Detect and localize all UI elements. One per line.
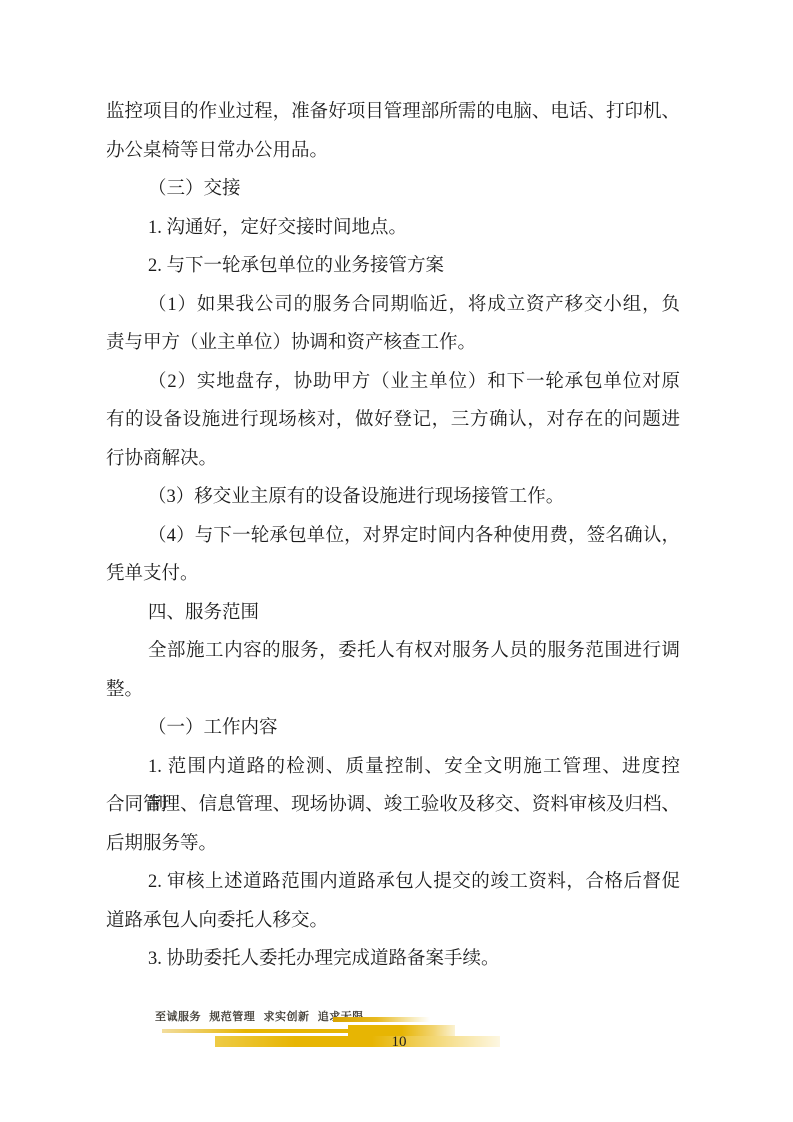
text-line: （1）如果我公司的服务合同期临近，将成立资产移交小组，负 xyxy=(106,286,680,325)
text-line: 监控项目的作业过程，准备好项目管理部所需的电脑、电话、打印机、 xyxy=(106,93,680,132)
page-number: 10 xyxy=(377,1034,421,1051)
document-page: 监控项目的作业过程，准备好项目管理部所需的电脑、电话、打印机、办公桌椅等日常办公… xyxy=(0,0,793,1122)
text-line: 行协商解决。 xyxy=(106,440,680,479)
text-line: 2. 审核上述道路范围内道路承包人提交的竣工资料，合格后督促 xyxy=(106,863,680,902)
text-line: 1. 沟通好，定好交接时间地点。 xyxy=(106,209,680,248)
text-line: （一）工作内容 xyxy=(106,709,680,748)
text-line: 后期服务等。 xyxy=(106,825,680,864)
text-line: （2）实地盘存，协助甲方（业主单位）和下一轮承包单位对原 xyxy=(106,363,680,402)
document-body: 监控项目的作业过程，准备好项目管理部所需的电脑、电话、打印机、办公桌椅等日常办公… xyxy=(106,93,680,979)
text-line: （4）与下一轮承包单位，对界定时间内各种使用费，签名确认， xyxy=(106,517,680,556)
text-line: 合同管理、信息管理、现场协调、竣工验收及移交、资料审核及归档、 xyxy=(106,786,680,825)
text-line: 凭单支付。 xyxy=(106,555,680,594)
text-line: 四、服务范围 xyxy=(106,594,680,633)
text-line: （三）交接 xyxy=(106,170,680,209)
footer-gold-underline-bar xyxy=(162,1029,348,1033)
text-line: 道路承包人向委托人移交。 xyxy=(106,902,680,941)
text-line: 全部施工内容的服务，委托人有权对服务人员的服务范围进行调 xyxy=(106,632,680,671)
footer-gold-bar-bottom xyxy=(215,1036,500,1047)
text-line: 2. 与下一轮承包单位的业务接管方案 xyxy=(106,247,680,286)
text-line: 3. 协助委托人委托办理完成道路备案手续。 xyxy=(106,940,680,979)
footer-gold-bar-top xyxy=(333,1017,430,1022)
text-line: 1. 范围内道路的检测、质量控制、安全文明施工管理、进度控制、 xyxy=(106,748,680,787)
text-line: 有的设备设施进行现场核对，做好登记，三方确认，对存在的问题进 xyxy=(106,401,680,440)
text-line: 办公桌椅等日常办公用品。 xyxy=(106,132,680,171)
text-line: 整。 xyxy=(106,671,680,710)
text-line: 责与甲方（业主单位）协调和资产核查工作。 xyxy=(106,324,680,363)
text-line: （3）移交业主原有的设备设施进行现场接管工作。 xyxy=(106,478,680,517)
